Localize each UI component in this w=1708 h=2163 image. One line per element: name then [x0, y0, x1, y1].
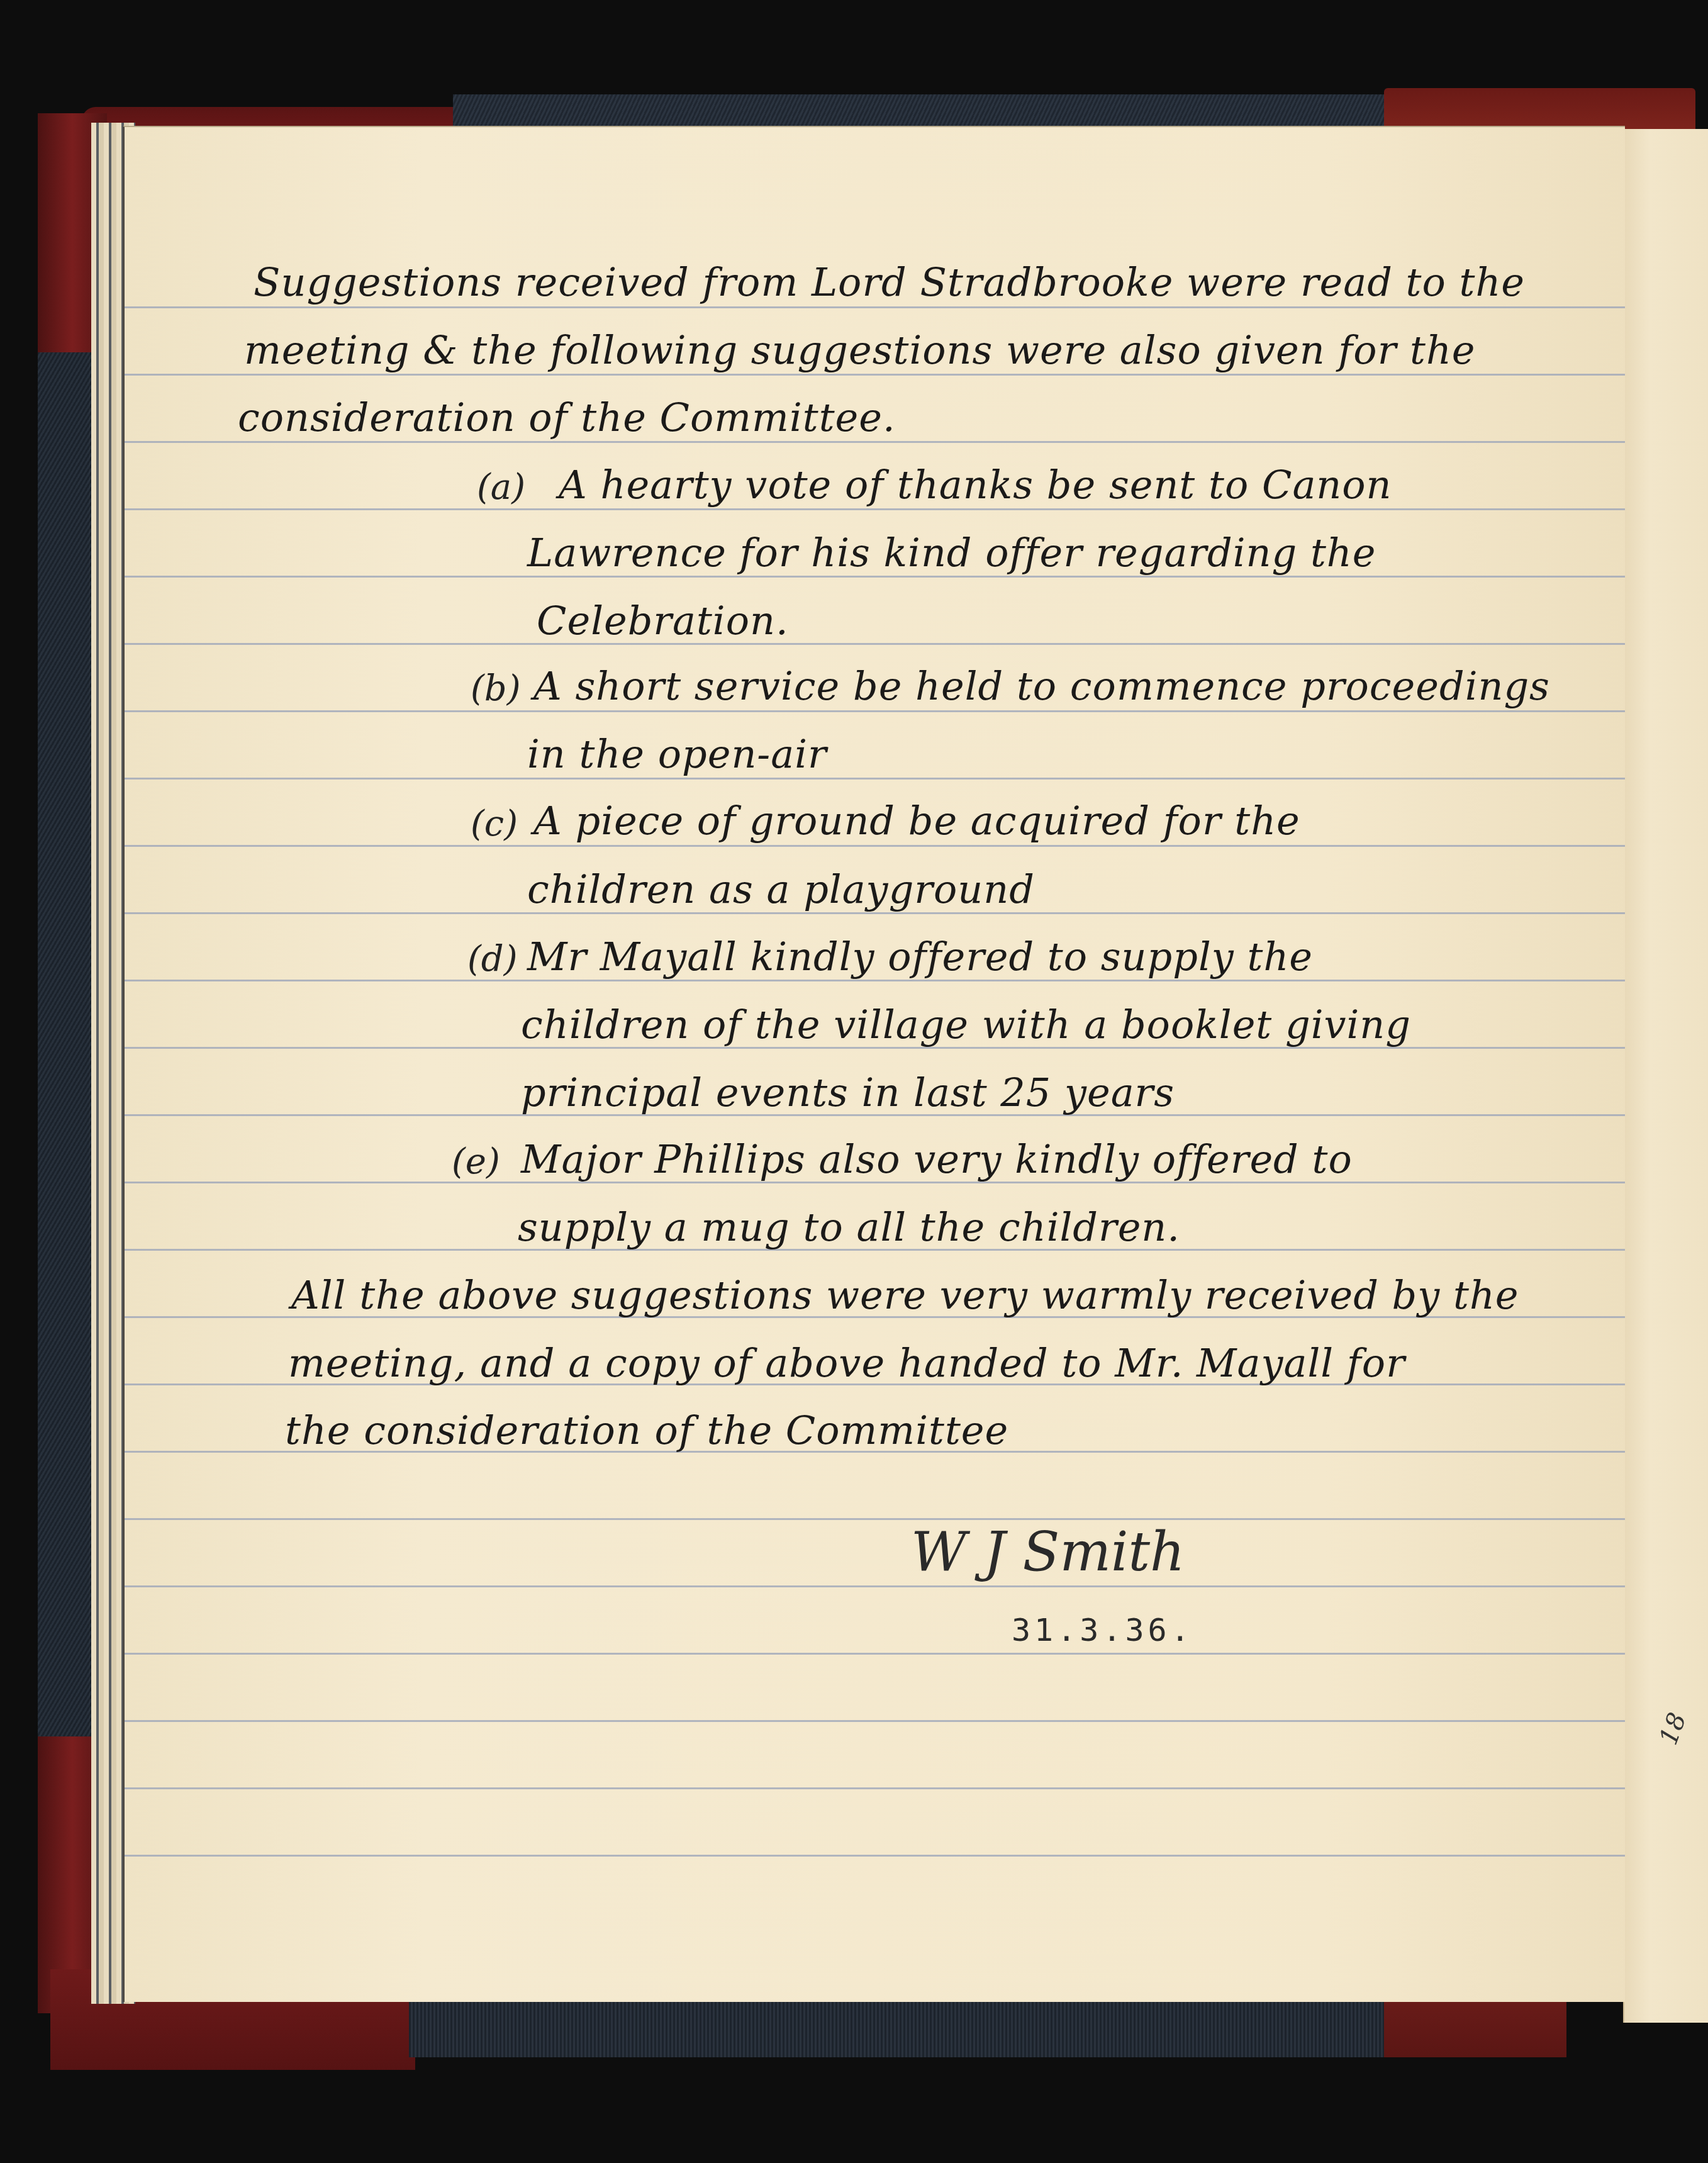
ruled-line — [125, 1585, 1625, 1587]
notebook-page: Suggestions received from Lord Stradbroo… — [123, 126, 1625, 2002]
ruled-line — [125, 710, 1625, 712]
intro-line: consideration of the Committee. — [238, 394, 896, 440]
item-a-line: Lawrence for his kind offer regarding th… — [527, 530, 1376, 576]
item-b-line: A short service be held to commence proc… — [533, 663, 1550, 709]
ruled-line — [125, 1518, 1625, 1520]
item-a-line: A hearty vote of thanks be sent to Canon — [559, 462, 1392, 508]
ruled-line — [125, 1653, 1625, 1655]
item-d-line: principal events in last 25 years — [521, 1070, 1175, 1115]
item-label-d: (d) — [467, 939, 518, 980]
ruled-line — [125, 643, 1625, 645]
signature: W J Smith — [911, 1521, 1185, 1584]
ruled-line — [125, 374, 1625, 376]
item-c-line: A piece of ground be acquired for the — [533, 798, 1300, 844]
ruled-line — [125, 778, 1625, 780]
item-label-a: (a) — [477, 467, 525, 508]
closing-line: meeting, and a copy of above handed to M… — [288, 1340, 1405, 1386]
closing-line: the consideration of the Committee — [285, 1407, 1008, 1453]
item-e-line: Major Phillips also very kindly offered … — [521, 1136, 1353, 1182]
ruled-line — [125, 980, 1625, 981]
item-a-line: Celebration. — [537, 598, 789, 644]
intro-line: meeting & the following suggestions were… — [244, 327, 1476, 373]
ruled-line — [125, 912, 1625, 914]
facing-page-edge: 18 — [1623, 129, 1708, 2023]
ruled-line — [125, 508, 1625, 510]
book-cover-left-cloth — [38, 352, 98, 1736]
ruled-line — [125, 441, 1625, 443]
ruled-line — [125, 306, 1625, 308]
item-label-e: (e) — [452, 1141, 500, 1182]
item-e-line: supply a mug to all the children. — [518, 1204, 1180, 1250]
ruled-line — [125, 1855, 1625, 1857]
ruled-line — [125, 1787, 1625, 1789]
ruled-line — [125, 1720, 1625, 1722]
item-b-line: in the open-air — [527, 731, 827, 777]
item-label-b: (b) — [471, 668, 521, 709]
intro-line: Suggestions received from Lord Stradbroo… — [254, 259, 1525, 305]
page-number: 18 — [1654, 1709, 1692, 1749]
signature-date: 31.3.36. — [1012, 1612, 1193, 1648]
item-d-line: children of the village with a booklet g… — [521, 1002, 1411, 1048]
ruled-line — [125, 576, 1625, 578]
ruled-line — [125, 845, 1625, 847]
item-d-line: Mr Mayall kindly offered to supply the — [527, 934, 1313, 980]
item-c-line: children as a playground — [527, 866, 1035, 912]
closing-line: All the above suggestions were very warm… — [291, 1272, 1519, 1318]
item-label-c: (c) — [471, 803, 518, 844]
